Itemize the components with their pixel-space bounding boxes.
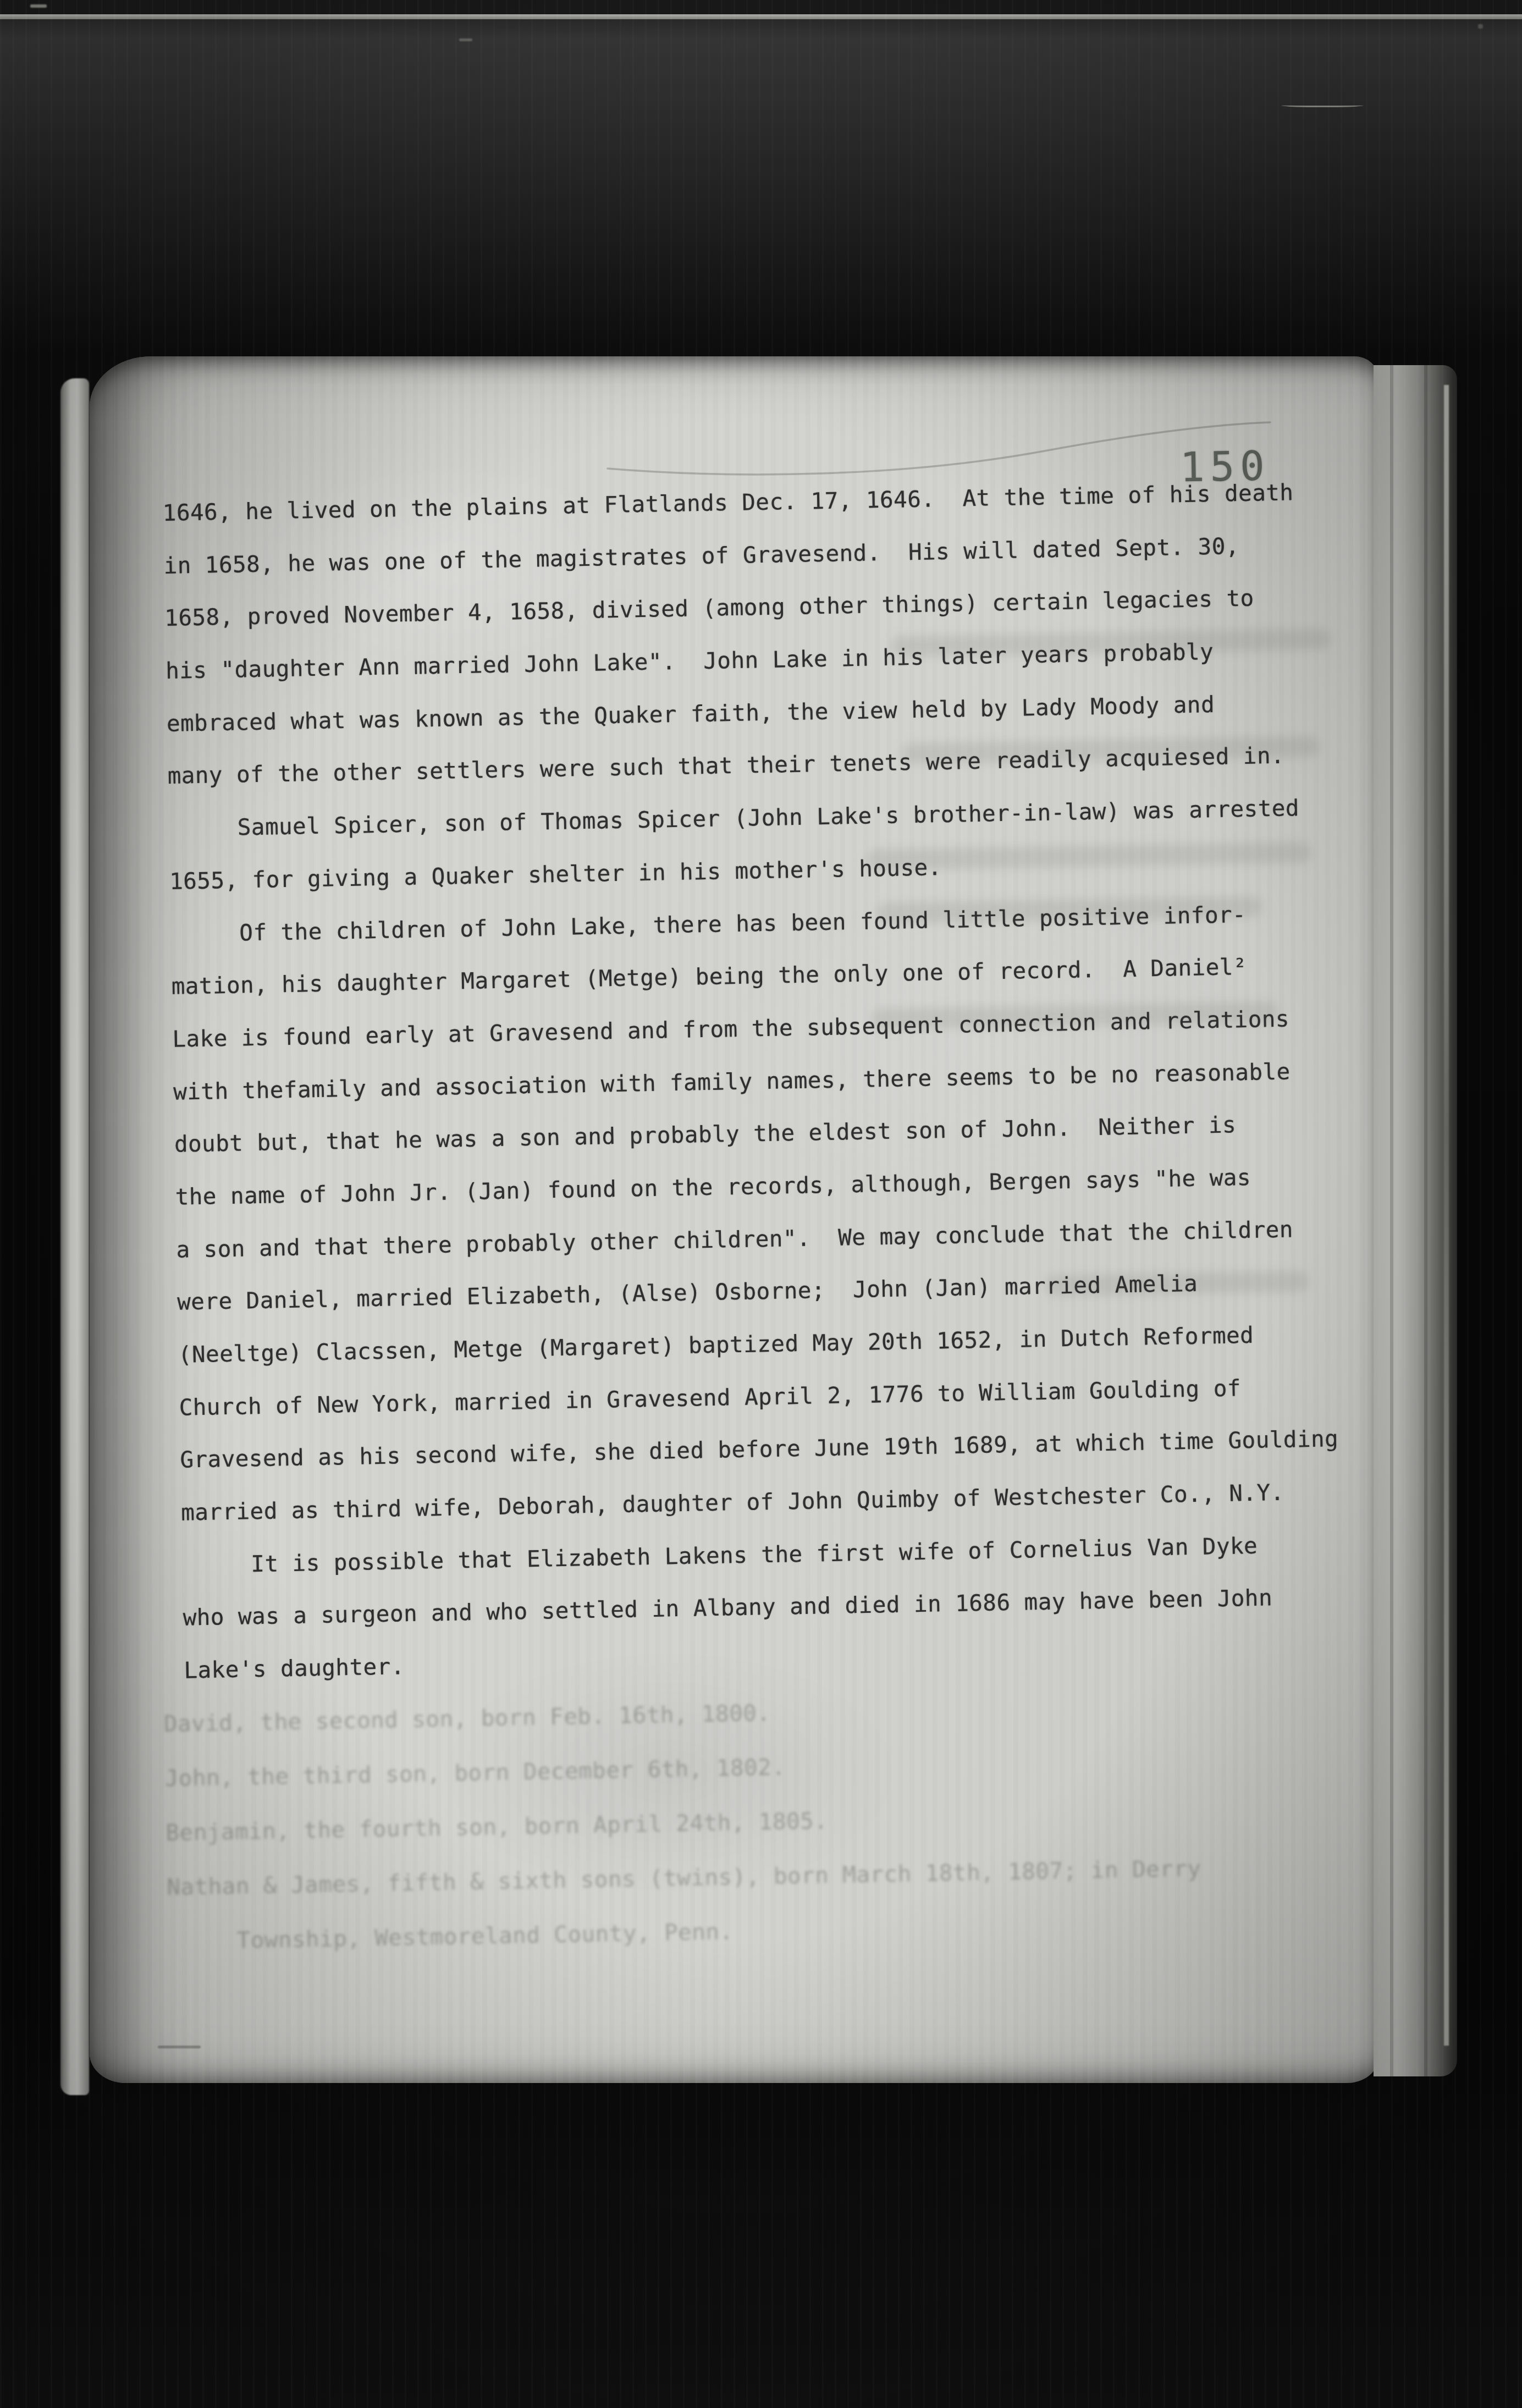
film-speck: [1478, 24, 1483, 29]
film-scratch: [1281, 102, 1364, 107]
film-speck: [459, 38, 472, 41]
typed-text-block: 1646, he lived on the plains at Flatland…: [162, 465, 1410, 1697]
page-edge-highlight: [1444, 385, 1449, 2046]
pencil-mark: [158, 2046, 201, 2048]
underlying-page-edge: [60, 378, 89, 2095]
film-top-band: [0, 0, 1522, 14]
film-edge-line: [0, 14, 1522, 19]
film-speck: [30, 4, 47, 8]
microfilm-frame: { "colors": { "film_background": "#0b0b0…: [0, 0, 1522, 2408]
bleed-through-text-block: David, the second son, born Feb. 16th, 1…: [163, 1674, 1394, 1969]
